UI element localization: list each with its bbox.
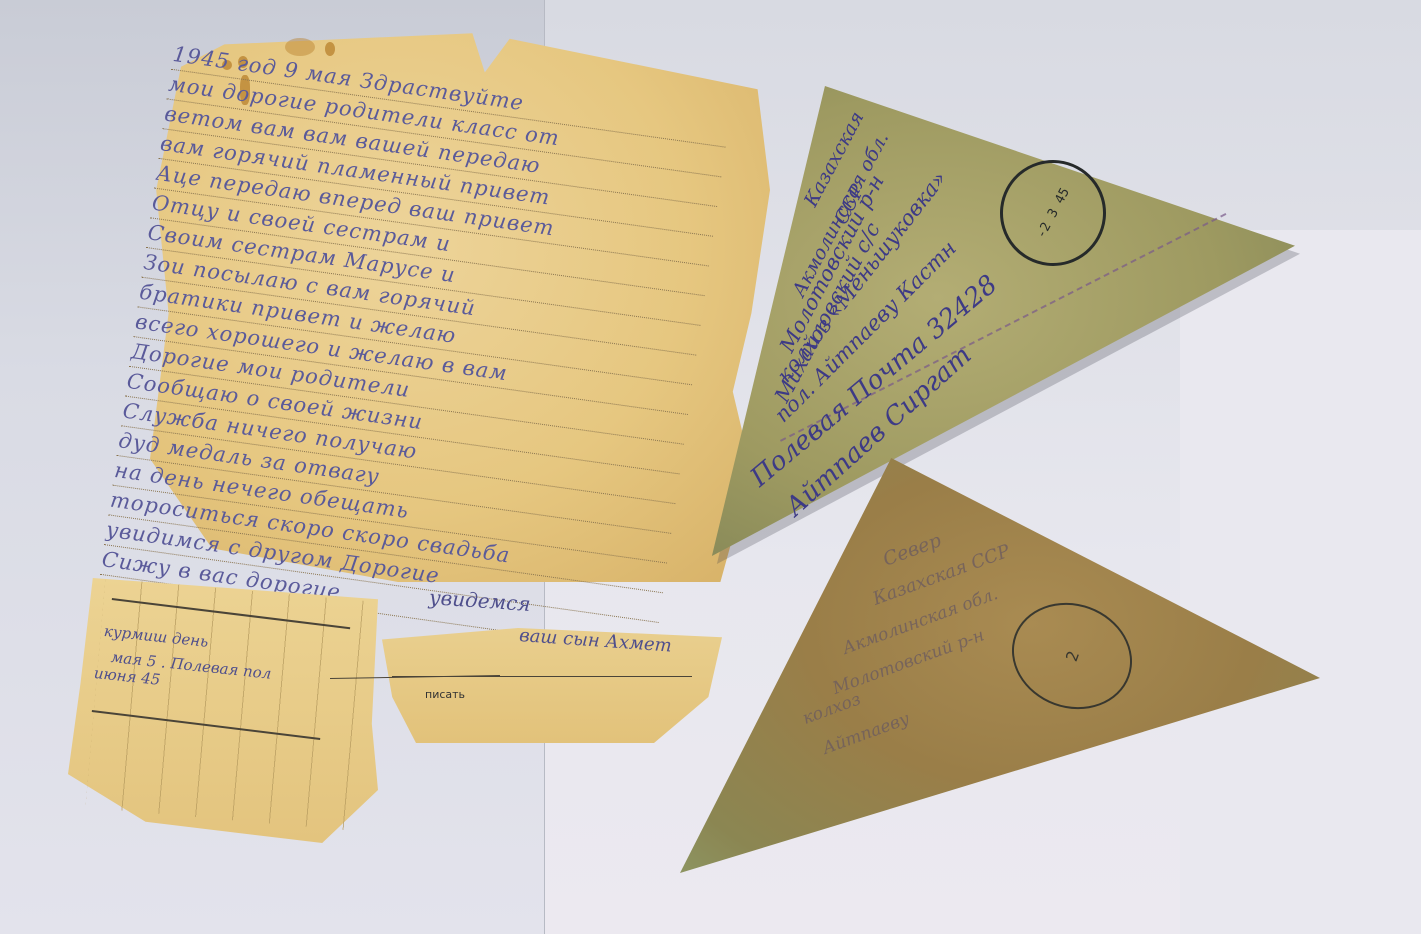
stain — [325, 42, 335, 56]
fragment-grid-lines — [86, 578, 385, 832]
printed-label: писать — [425, 688, 465, 701]
white-paper-lower-sheet — [1180, 230, 1421, 934]
stain — [285, 38, 315, 56]
postmark-date: 2 — [1061, 648, 1082, 664]
postmark-date: -2 3 45 — [1034, 185, 1073, 240]
letter-text: 1945 год 9 мая Здраствуйте мои дорогие р… — [97, 40, 729, 672]
fragment-rule — [392, 676, 692, 677]
